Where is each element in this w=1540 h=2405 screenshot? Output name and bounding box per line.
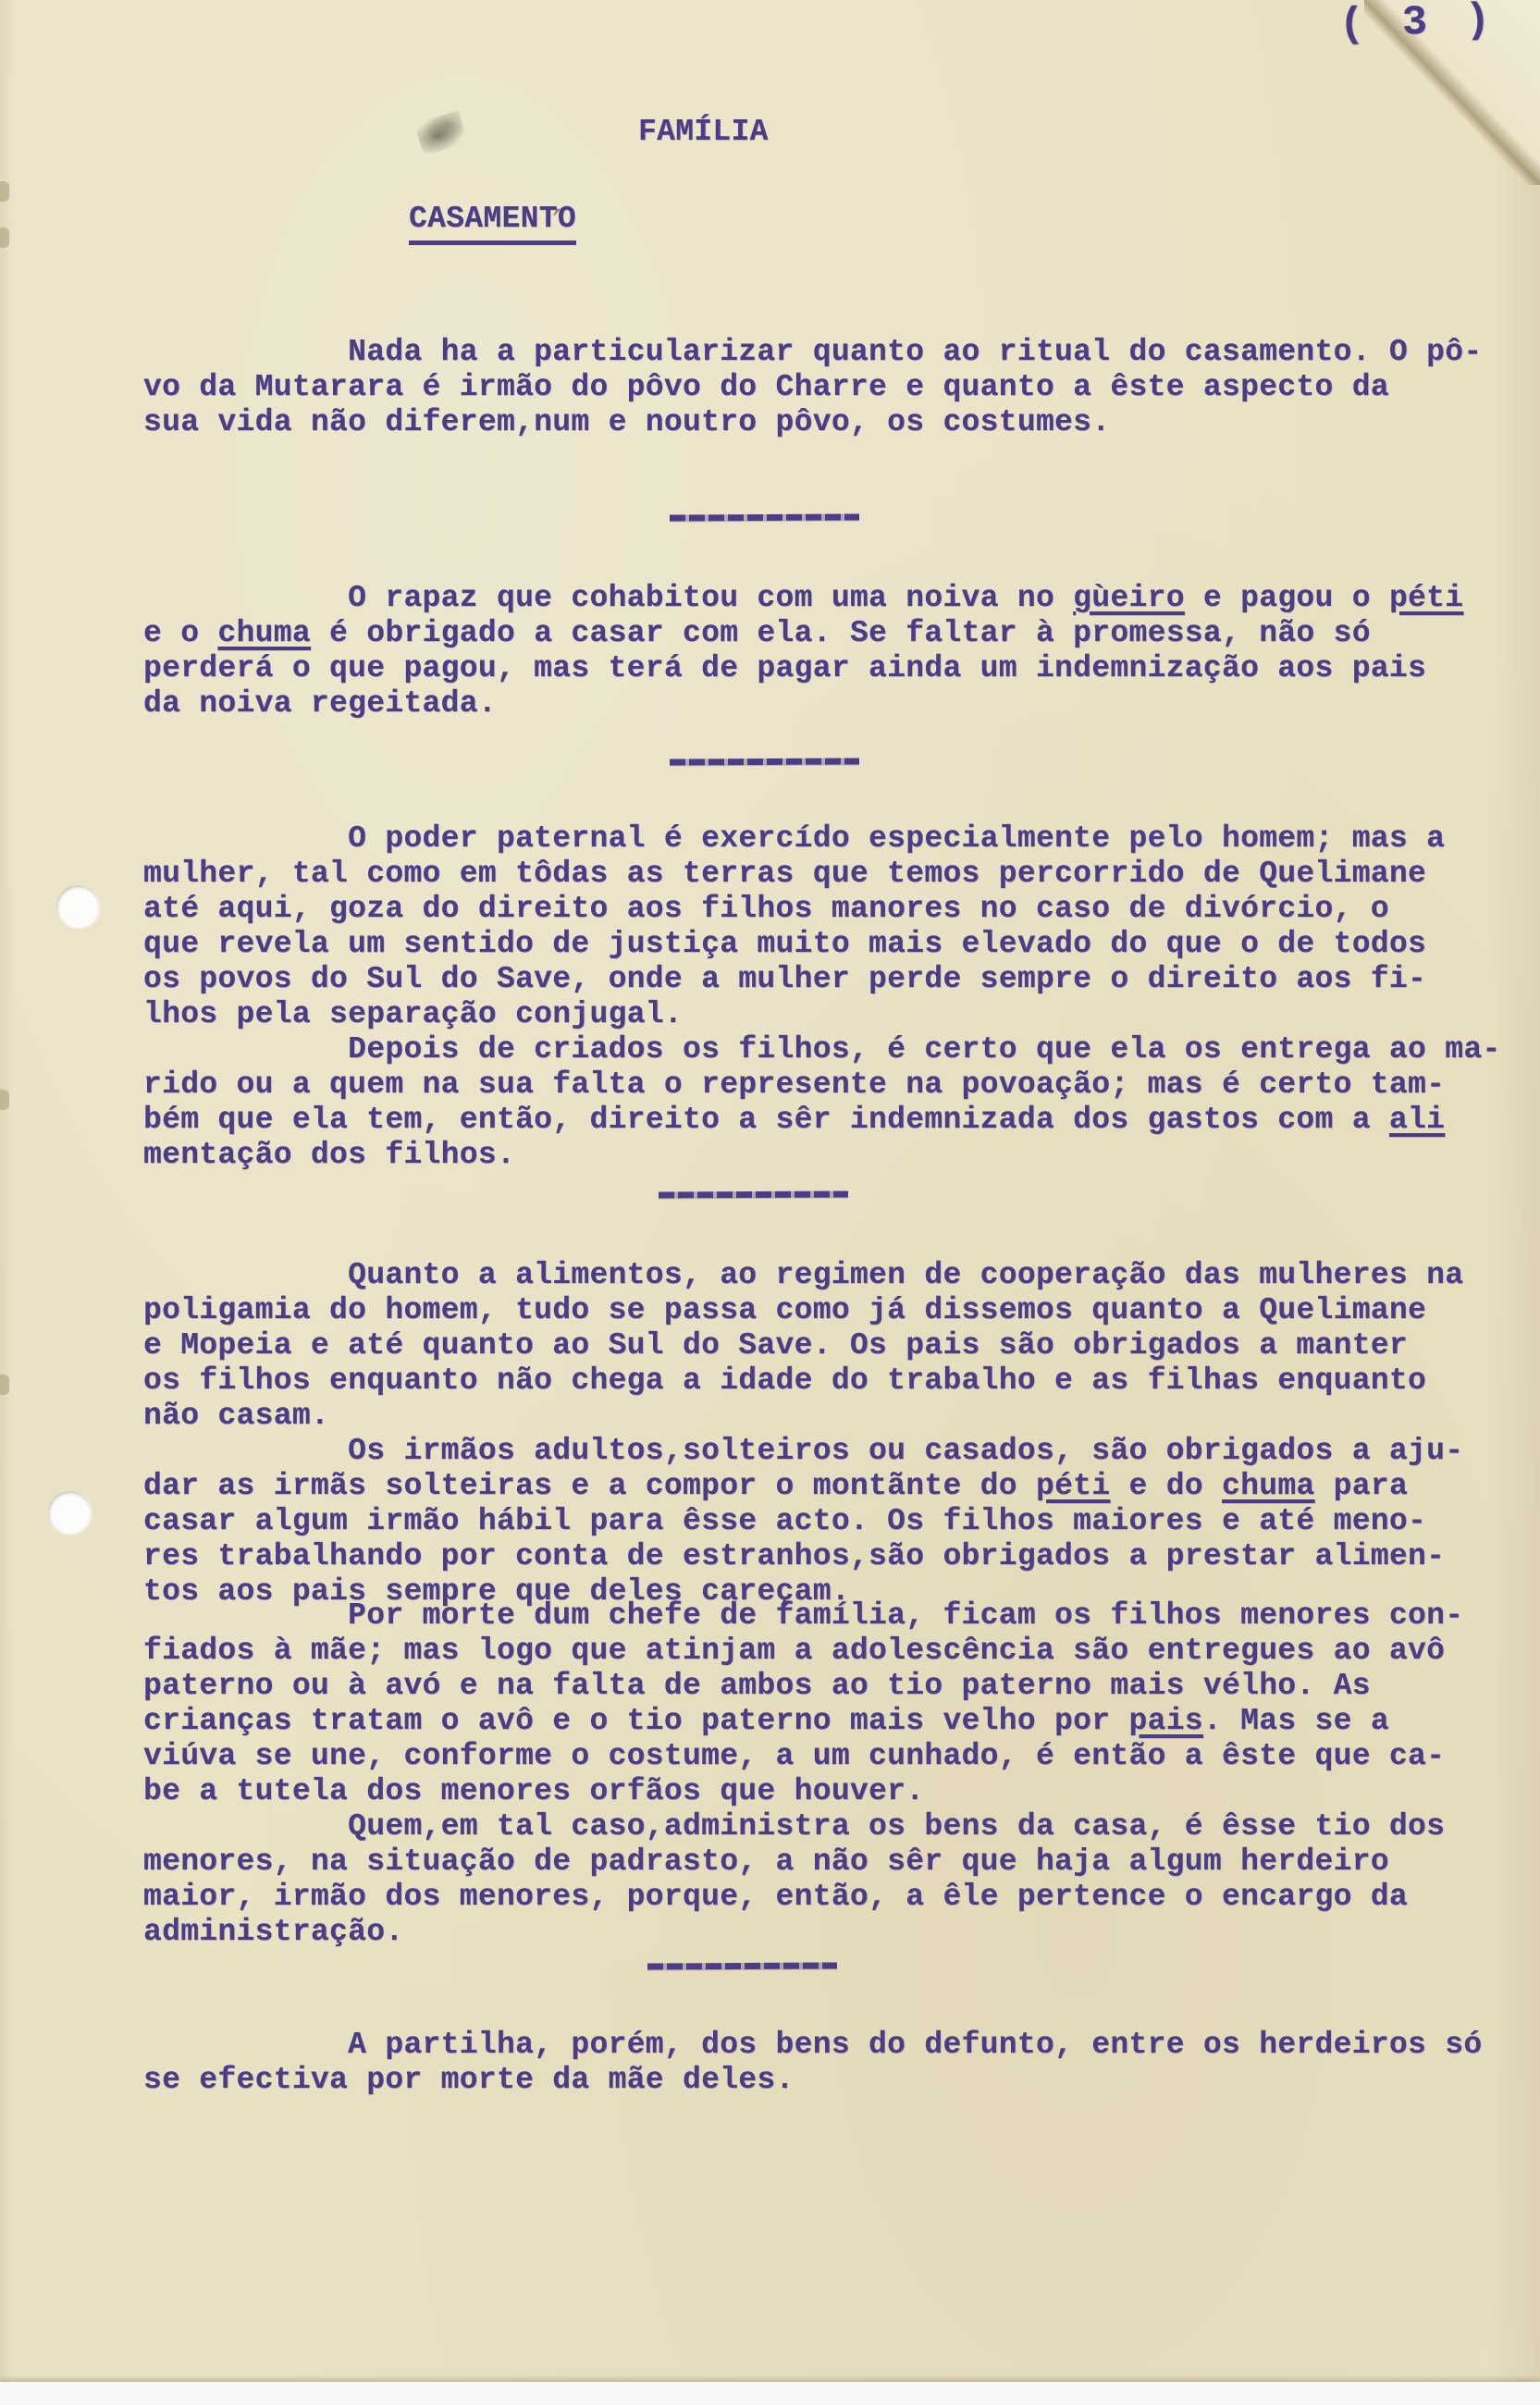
text-line: sua vida não diferem,num e noutro pôvo, … (143, 405, 1482, 440)
text-line: bém que ela tem, então, direito a sêr in… (143, 1103, 1501, 1138)
paragraph-alimentos: Quanto a alimentos, ao regimen de cooper… (143, 1258, 1463, 1609)
text-line: Depois de criados os filhos, é certo que… (143, 1032, 1501, 1067)
text-line: paterno ou à avó e na falta de ambos ao … (143, 1669, 1463, 1704)
text-line: vo da Mutarara é irmão do pôvo do Charre… (143, 370, 1482, 405)
text-line: maior, irmão dos menores, porque, então,… (143, 1880, 1463, 1915)
text-line: administração. (143, 1915, 1463, 1950)
separator-line (670, 758, 859, 765)
separator-line (659, 1190, 848, 1198)
text-line: se efectiva por morte da mãe deles. (143, 2063, 1482, 2098)
text-line: O rapaz que cohabitou com uma noiva no g… (143, 581, 1463, 616)
punch-hole (48, 1491, 91, 1534)
text-line: casar algum irmão hábil para êsse acto. … (143, 1504, 1463, 1539)
paragraph-partilha: A partilha, porém, dos bens do defunto, … (143, 2028, 1482, 2098)
paragraph-morte-chefe: Por morte dum chefe de família, ficam os… (143, 1598, 1463, 1950)
text-line: Nada ha a particularizar quanto ao ritua… (143, 335, 1482, 370)
text-line: lhos pela separação conjugal. (143, 997, 1501, 1032)
text-line: da noiva regeitada. (143, 686, 1463, 721)
text-line: até aqui, goza do direito aos filhos man… (143, 892, 1501, 927)
document-title: FAMÍLIA (638, 115, 769, 150)
paper-edge-chip (0, 228, 9, 248)
paper-edge-chip (0, 1090, 9, 1110)
paragraph-poder-paternal: O poder paternal é exercído especialment… (143, 821, 1501, 1173)
text-line: Por morte dum chefe de família, ficam os… (143, 1598, 1463, 1634)
text-line: poligamia do homem, tudo se passa como j… (143, 1293, 1463, 1328)
text-line: dar as irmãs solteiras e a compor o mont… (143, 1469, 1463, 1504)
text-line: os povos do Sul do Save, onde a mulher p… (143, 962, 1501, 997)
scanned-document-page: ( 3 ) FAMÍLIA CASAMENTO ’ Nada ha a part… (0, 0, 1540, 2405)
text-line: fiados à mãe; mas logo que atinjam a ado… (143, 1634, 1463, 1669)
text-line: A partilha, porém, dos bens do defunto, … (143, 2028, 1482, 2063)
scan-background-edge (0, 2382, 1540, 2405)
paper-edge-chip (0, 181, 9, 202)
text-line: e o chuma é obrigado a casar com ela. Se… (143, 616, 1463, 651)
text-line: não casam. (143, 1399, 1463, 1434)
text-line: perderá o que pagou, mas terá de pagar a… (143, 651, 1463, 686)
punch-hole (56, 885, 99, 928)
paragraph-rapaz-noiva: O rapaz que cohabitou com uma noiva no g… (143, 581, 1463, 721)
text-line: be a tutela dos menores orfãos que houve… (143, 1774, 1463, 1809)
text-line: e Mopeia e até quanto ao Sul do Save. Os… (143, 1328, 1463, 1363)
text-line: Quanto a alimentos, ao regimen de cooper… (143, 1258, 1463, 1293)
page-number: ( 3 ) (1338, 3, 1497, 43)
separator-line (647, 1962, 837, 1969)
text-line: Quem,em tal caso,administra os bens da c… (143, 1809, 1463, 1844)
separator-line (670, 513, 859, 521)
text-line: menores, na situação de padrasto, a não … (143, 1844, 1463, 1880)
paragraph-ritual-casamento: Nada ha a particularizar quanto ao ritua… (143, 335, 1482, 440)
text-line: mulher, tal como em tôdas as terras que … (143, 857, 1501, 892)
paper-edge-chip (0, 1375, 9, 1395)
text-line: O poder paternal é exercído especialment… (143, 821, 1501, 857)
text-line: Os irmãos adultos,solteiros ou casados, … (143, 1434, 1463, 1469)
text-line: crianças tratam o avô e o tio paterno ma… (143, 1704, 1463, 1739)
ink-smudge (414, 110, 469, 156)
text-line: mentação dos filhos. (143, 1138, 1501, 1173)
text-line: res trabalhando por conta de estranhos,s… (143, 1539, 1463, 1574)
text-line: viúva se une, conforme o costume, a um c… (143, 1739, 1463, 1774)
text-line: que revela um sentido de justiça muito m… (143, 927, 1501, 962)
text-line: rido ou a quem na sua falta o represente… (143, 1067, 1501, 1103)
text-line: os filhos enquanto não chega a idade do … (143, 1363, 1463, 1399)
